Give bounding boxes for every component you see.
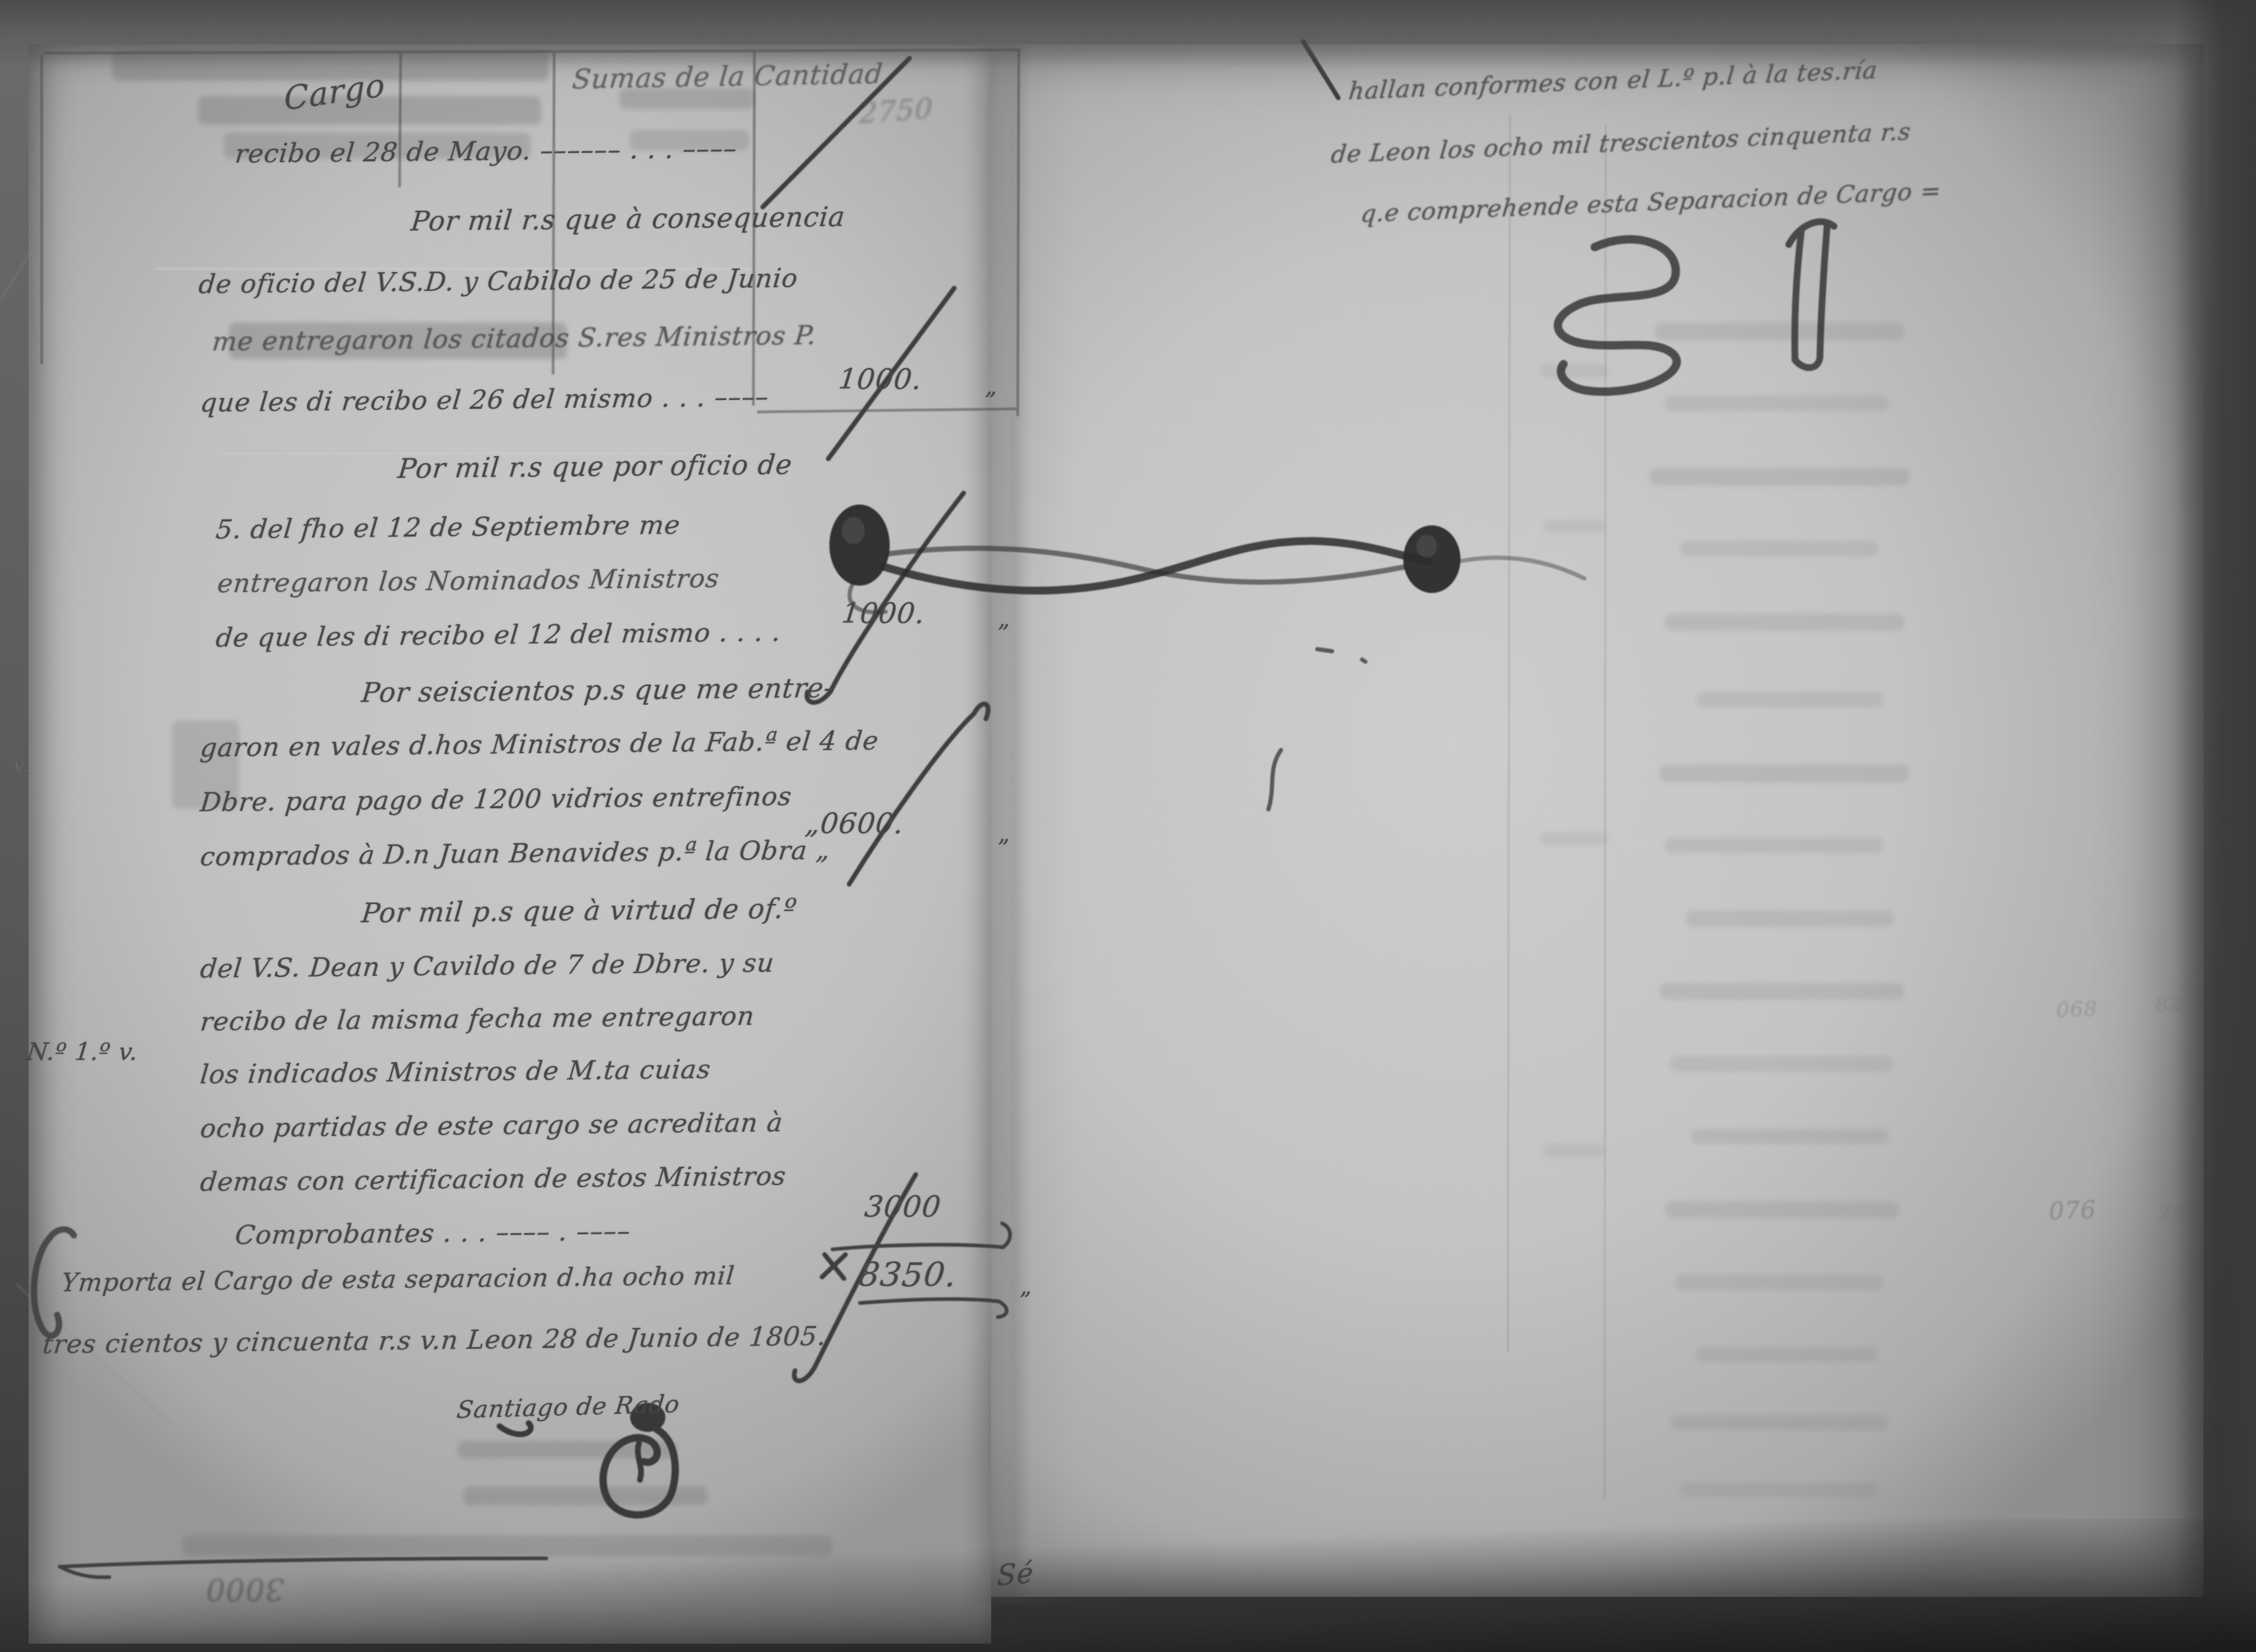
stray-ink-marks <box>1268 649 1365 809</box>
ditto-mark: „ <box>998 606 1010 633</box>
manuscript-line: de oficio del V.S.D. y Cabildo de 25 de … <box>197 263 799 300</box>
amount-value: 2750 <box>859 92 933 130</box>
manuscript-line: los indicados Ministros de M.ta cuias <box>199 1054 712 1090</box>
manuscript-line: demas con certificacion de estos Ministr… <box>199 1161 787 1197</box>
ink-strokes-layer <box>0 0 2256 1652</box>
manuscript-line: Comprobantes . . . –––– . –––– <box>234 1216 632 1250</box>
margin-note-number: N.º 1.º v. <box>25 1038 139 1066</box>
manuscript-line: Por mil r.s que por oficio de <box>396 449 793 485</box>
manuscript-line: ocho partidas de este cargo se acreditan… <box>199 1107 784 1144</box>
ditto-mark: „ <box>985 373 997 400</box>
microfilm-scan: Cargo Sumas de la Cantidad recibo el 28 … <box>0 0 2256 1652</box>
scan-edge-bottom <box>0 1519 2256 1652</box>
manuscript-line: Por mil r.s que à consequencia <box>409 202 847 238</box>
binding-string <box>850 541 1584 612</box>
manuscript-line: entregaron los Nominados Ministros <box>216 563 721 599</box>
scan-edge-right <box>2175 0 2256 1652</box>
manuscript-line: Por seiscientos p.s que me entre- <box>360 673 835 709</box>
ditto-mark: „ <box>998 821 1010 847</box>
check-slashes <box>763 42 1338 1381</box>
manuscript-line: 5. del fho el 12 de Septiembre me <box>214 510 682 545</box>
amount-value: „0600. <box>804 807 905 840</box>
scan-edge-top <box>0 0 2256 68</box>
manuscript-line: del V.S. Dean y Cavildo de 7 de Dbre. y … <box>199 948 776 984</box>
pencil-mark: 068 <box>2056 997 2098 1023</box>
manuscript-line: me entregaron los citados S.res Ministro… <box>211 320 817 357</box>
manuscript-line: Dbre. para pago de 1200 vidrios entrefin… <box>199 781 793 818</box>
margin-mark: v. <box>14 753 30 776</box>
amount-value: 1000. <box>840 597 927 630</box>
manuscript-line: Por mil p.s que à virtud de of.º <box>360 894 798 930</box>
signature: Santiago de Rado <box>455 1390 682 1424</box>
manuscript-line: de que les di recibo el 12 del mismo . .… <box>214 617 782 653</box>
amount-value: 3000 <box>863 1190 943 1224</box>
manuscript-line: recibo de la misma fecha me entregaron <box>199 1001 756 1037</box>
manuscript-line: que les di recibo el 26 del mismo . . . … <box>199 382 770 418</box>
manuscript-line: recibo el 28 de Mayo. –––––– . . . –––– <box>234 134 738 169</box>
amount-total: 8350. <box>856 1256 958 1295</box>
rubric-flourish-large <box>1558 239 1677 392</box>
quill-flourish <box>1789 222 1834 368</box>
pencil-mark: 076 <box>2048 1195 2097 1225</box>
ditto-mark: „ <box>1020 1273 1032 1300</box>
amount-value: 1000. <box>837 363 924 396</box>
